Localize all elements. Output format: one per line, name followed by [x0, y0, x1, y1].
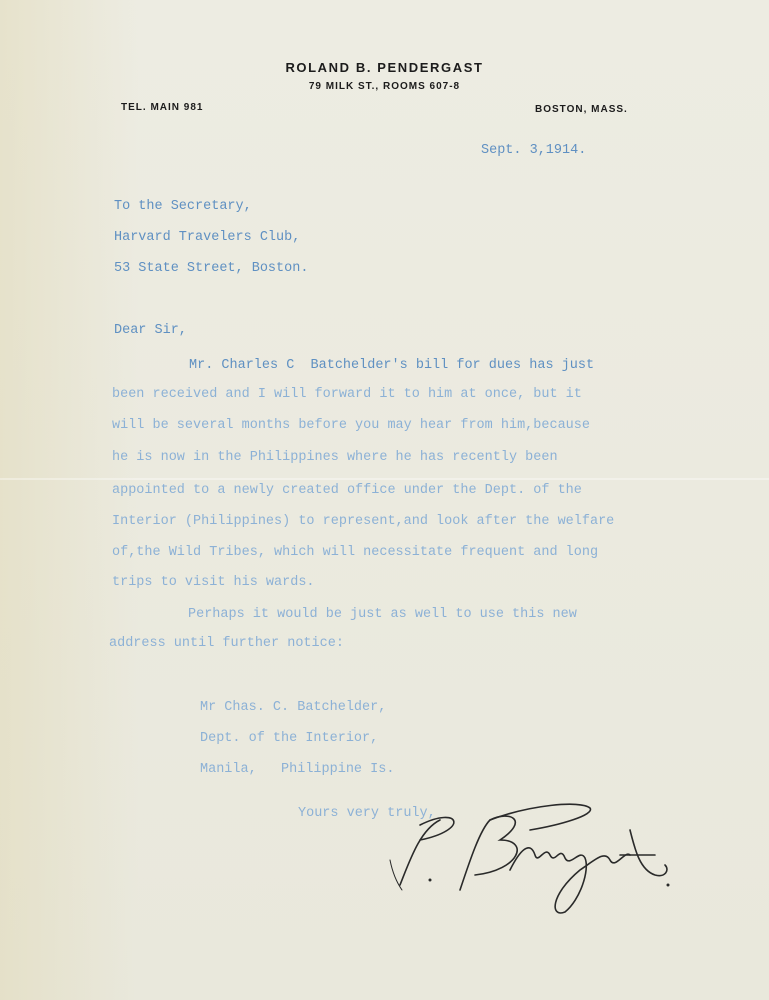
paper-fold	[0, 478, 769, 480]
new-address-line-1: Mr Chas. C. Batchelder,	[200, 700, 386, 715]
letterhead-telephone: TEL. MAIN 981	[121, 102, 203, 113]
recipient-line-2: Harvard Travelers Club,	[114, 230, 300, 245]
new-address-line-2: Dept. of the Interior,	[200, 731, 378, 746]
letter-date: Sept. 3,1914.	[481, 143, 586, 158]
body-line: Interior (Philippines) to represent,and …	[112, 514, 614, 529]
recipient-line-1: To the Secretary,	[114, 199, 252, 214]
body-line: appointed to a newly created office unde…	[112, 483, 582, 498]
body-line: trips to visit his wards.	[112, 575, 315, 590]
salutation: Dear Sir,	[114, 323, 187, 338]
body-line: will be several months before you may he…	[112, 418, 590, 433]
body-line: been received and I will forward it to h…	[112, 387, 582, 402]
body-line: of,the Wild Tribes, which will necessita…	[112, 545, 598, 560]
letterhead-city: BOSTON, MASS.	[535, 104, 628, 115]
letterhead-address: 79 MILK ST., ROOMS 607-8	[0, 81, 769, 92]
body-line: Perhaps it would be just as well to use …	[188, 607, 577, 622]
body-line: Mr. Charles C Batchelder's bill for dues…	[189, 358, 594, 373]
body-line: address until further notice:	[109, 636, 344, 651]
recipient-line-3: 53 State Street, Boston.	[114, 261, 308, 276]
handwritten-signature	[380, 800, 680, 920]
letterhead-name: ROLAND B. PENDERGAST	[0, 60, 769, 75]
new-address-line-3: Manila, Philippine Is.	[200, 762, 394, 777]
body-line: he is now in the Philippines where he ha…	[112, 450, 558, 465]
